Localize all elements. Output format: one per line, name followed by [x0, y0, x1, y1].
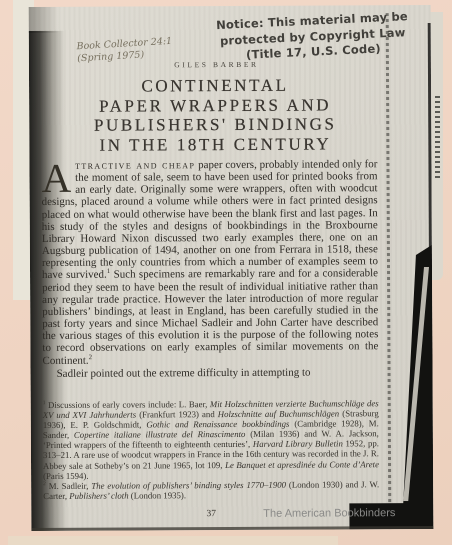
- footnote-2: 2 M. Sadleir, The evolution of publisher…: [43, 479, 379, 501]
- article-body: Attractive and cheap paper covers, proba…: [41, 158, 378, 391]
- scan-backdrop: Notice: This material may be protected b…: [0, 0, 452, 545]
- article-title-line-2: PAPER WRAPPERS AND: [29, 95, 401, 116]
- footnote-1: 1 Discussions of early covers include: L…: [43, 398, 379, 481]
- article-title-line-3: PUBLISHERS' BINDINGS: [29, 114, 401, 135]
- scanned-page: Notice: This material may be protected b…: [29, 5, 434, 531]
- watermark: The American Bookbinders: [263, 507, 433, 520]
- copyright-stamp: Notice: This material may be protected b…: [206, 9, 420, 65]
- body-paragraph-1: Attractive and cheap paper covers, proba…: [41, 158, 378, 366]
- edge-print-marks: [435, 96, 440, 178]
- body-paragraph-2: Sadleir pointed out the extreme difficul…: [43, 366, 379, 380]
- body-paragraph-1-text: ttractive and cheap paper covers, probab…: [42, 158, 379, 366]
- author-byline: GILES BARBER: [49, 59, 384, 70]
- article-title: CONTINENTAL PAPER WRAPPERS AND PUBLISHER…: [29, 75, 401, 155]
- drop-cap: A: [41, 162, 71, 195]
- cream-sheet-bottom: [8, 536, 338, 545]
- footnotes: 1 Discussions of early covers include: L…: [43, 398, 380, 501]
- article-title-line-4: IN THE 18TH CENTURY: [29, 134, 401, 155]
- photocopy-smudge-top: [29, 7, 59, 33]
- page-bottom-edge-shadow: [31, 526, 433, 531]
- article-title-line-1: CONTINENTAL: [29, 75, 401, 96]
